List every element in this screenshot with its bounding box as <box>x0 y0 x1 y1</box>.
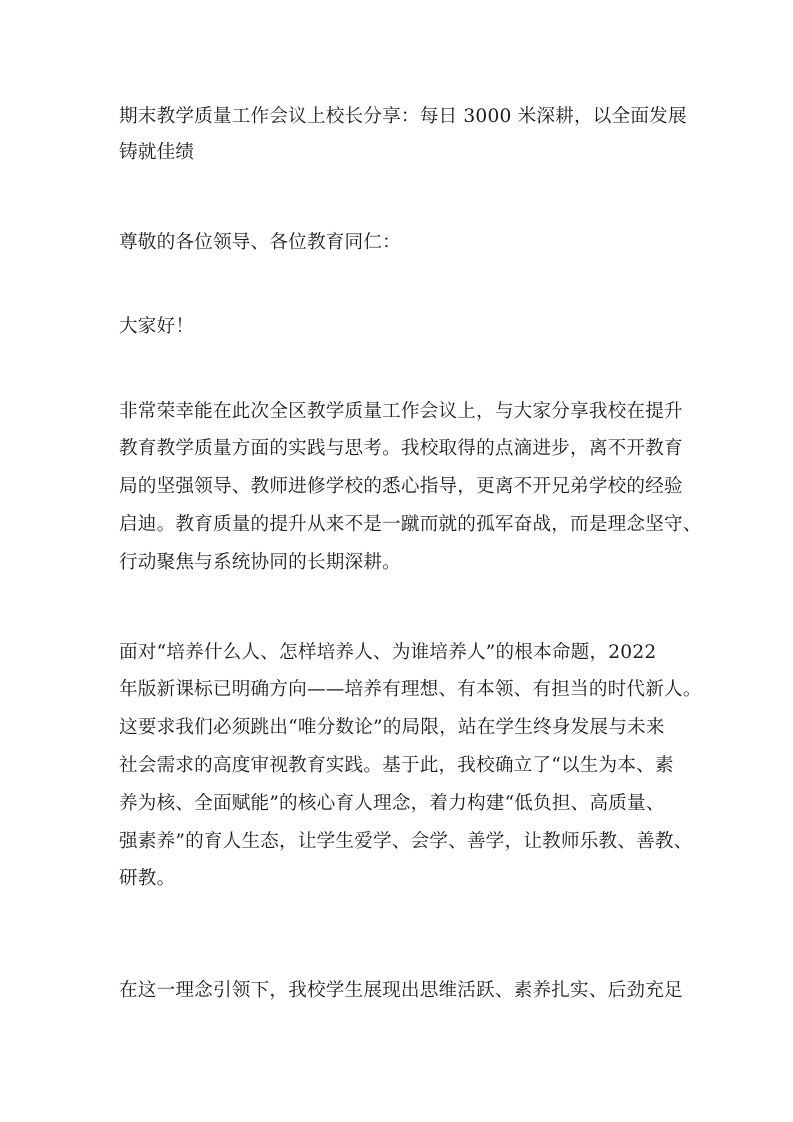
paragraph-3-line-1: 在这一理念引领下，我校学生展现出思维活跃、素养扎实、后劲充足 <box>119 979 679 1003</box>
paragraph-2-line-4: 社会需求的高度审视教育实践。基于此，我校确立了“以生为本、素 <box>119 754 679 778</box>
document-title-line-2: 铸就佳绩 <box>119 141 679 165</box>
paragraph-1-line-3: 局的坚强领导、教师进修学校的悉心指导，更离不开兄弟学校的经验 <box>119 475 679 499</box>
paragraph-1-line-1: 非常荣幸能在此次全区教学质量工作会议上，与大家分享我校在提升 <box>119 400 679 424</box>
paragraph-1-line-5: 行动聚焦与系统协同的长期深耕。 <box>119 551 679 575</box>
paragraph-1-line-4: 启迪。教育质量的提升从来不是一蹴而就的孤军奋战，而是理念坚守、 <box>119 513 679 537</box>
paragraph-2-line-3: 这要求我们必须跳出“唯分数论”的局限，站在学生终身发展与未来 <box>119 716 679 740</box>
greeting: 大家好！ <box>119 315 679 339</box>
document-page: 期末教学质量工作会议上校长分享：每日 3000 米深耕，以全面发展 铸就佳绩 尊… <box>0 0 793 1122</box>
paragraph-2-line-6: 强素养”的育人生态，让学生爱学、会学、善学，让教师乐教、善教、 <box>119 830 679 854</box>
paragraph-2-line-7: 研教。 <box>119 867 679 891</box>
paragraph-2-line-5: 养为核、全面赋能”的核心育人理念，着力构建“低负担、高质量、 <box>119 792 679 816</box>
document-title-line-1: 期末教学质量工作会议上校长分享：每日 3000 米深耕，以全面发展 <box>119 105 679 129</box>
paragraph-2-line-1: 面对“培养什么人、怎样培养人、为谁培养人”的根本命题，2022 <box>119 641 679 665</box>
paragraph-1-line-2: 教育教学质量方面的实践与思考。我校取得的点滴进步，离不开教育 <box>119 437 679 461</box>
salutation: 尊敬的各位领导、各位教育同仁： <box>119 231 679 255</box>
paragraph-2-line-2: 年版新课标已明确方向——培养有理想、有本领、有担当的时代新人。 <box>119 678 679 702</box>
